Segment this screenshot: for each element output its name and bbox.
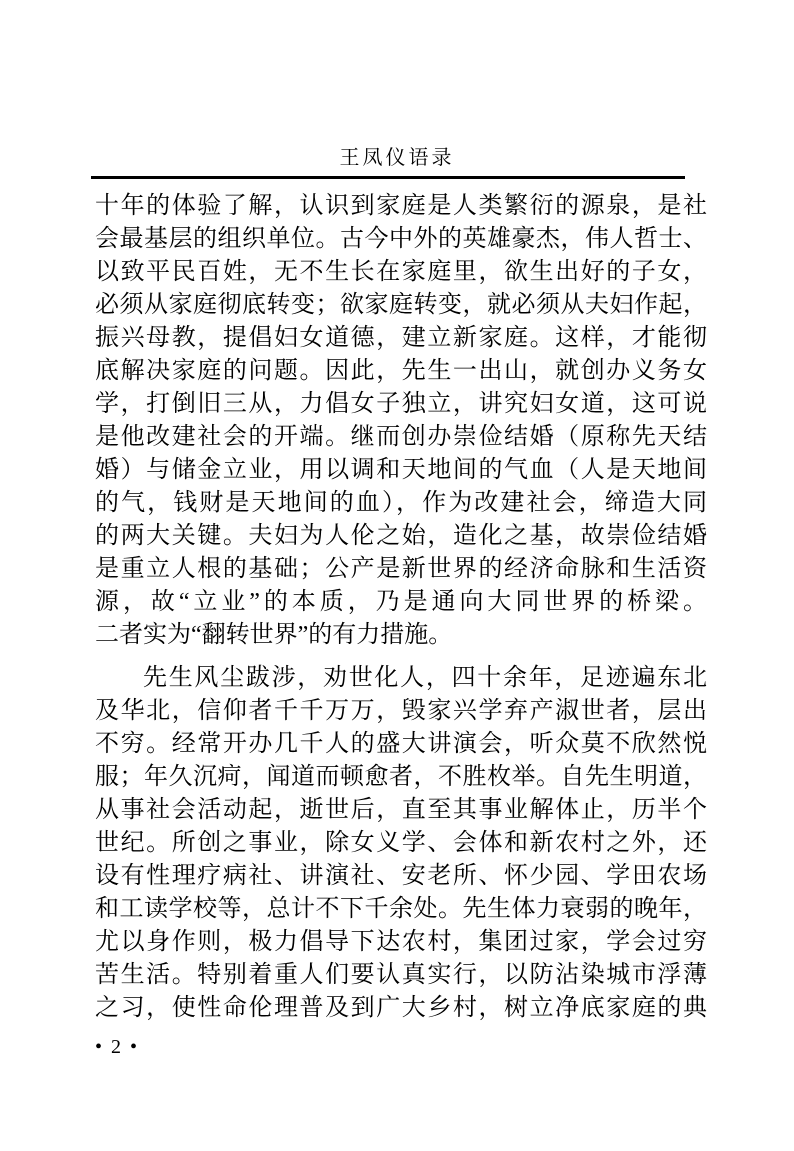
text-line: 不穷。经常开办几千人的盛大讲演会，听众莫不欣然悦 — [95, 728, 707, 761]
header-divider-rule — [91, 176, 685, 179]
text-line: 苦生活。特别着重人们要认真实行，以防沾染城市浮薄 — [95, 959, 707, 992]
text-line: 的气，钱财是天地间的血），作为改建社会，缔造大同 — [95, 487, 707, 520]
text-line: 是重立人根的基础；公产是新世界的经济命脉和生活资 — [95, 553, 707, 586]
text-line: 之习，使性命伦理普及到广大乡村，树立净底家庭的典 — [95, 992, 707, 1025]
text-line: 及华北，信仰者千千万万，毁家兴学弃产淑世者，层出 — [95, 695, 707, 728]
page-number: • 2 • — [95, 1036, 139, 1059]
text-line: 世纪。所创之事业，除女义学、会体和新农村之外，还 — [95, 827, 707, 860]
scanned-book-page: 王凤仪语录 十年的体验了解，认识到家庭是人类繁衍的源泉，是社会最基层的组织单位。… — [0, 0, 794, 1151]
text-line: 会最基层的组织单位。古今中外的英雄豪杰，伟人哲士、 — [95, 223, 707, 256]
text-line: 的两大关键。夫妇为人伦之始，造化之基，故崇俭结婚 — [95, 520, 707, 553]
running-header-title: 王凤仪语录 — [0, 141, 794, 170]
text-line: 从事社会活动起，逝世后，直至其事业解体止，历半个 — [95, 794, 707, 827]
paragraph: 十年的体验了解，认识到家庭是人类繁衍的源泉，是社会最基层的组织单位。古今中外的英… — [95, 190, 707, 652]
text-line: 尤以身作则，极力倡导下达农村，集团过家，学会过穷 — [95, 926, 707, 959]
text-line: 必须从家庭彻底转变；欲家庭转变，就必须从夫妇作起， — [95, 289, 707, 322]
text-line: 以致平民百姓，无不生长在家庭里，欲生出好的子女， — [95, 256, 707, 289]
text-line: 服；年久沉疴，闻道而顿愈者，不胜枚举。自先生明道， — [95, 761, 707, 794]
text-line: 设有性理疗病社、讲演社、安老所、怀少园、学田农场 — [95, 860, 707, 893]
text-line: 十年的体验了解，认识到家庭是人类繁衍的源泉，是社 — [95, 190, 707, 223]
text-line: 学，打倒旧三从，力倡女子独立，讲究妇女道，这可说 — [95, 388, 707, 421]
text-line: 是他改建社会的开端。继而创办崇俭结婚（原称先天结 — [95, 421, 707, 454]
text-line: 和工读学校等，总计不下千余处。先生体力衰弱的晚年， — [95, 893, 707, 926]
text-line: 婚）与储金立业，用以调和天地间的气血（人是天地间 — [95, 454, 707, 487]
paragraph: 先生风尘跋涉，劝世化人，四十余年，足迹遍东北及华北，信仰者千千万万，毁家兴学弃产… — [95, 662, 707, 1025]
text-line: 二者实为“翻转世界”的有力措施。 — [95, 619, 707, 652]
text-line: 源，故“立业”的本质，乃是通向大同世界的桥梁。 — [95, 586, 707, 619]
text-line: 底解决家庭的问题。因此，先生一出山，就创办义务女 — [95, 355, 707, 388]
text-line: 振兴母教，提倡妇女道德，建立新家庭。这样，才能彻 — [95, 322, 707, 355]
text-line: 先生风尘跋涉，劝世化人，四十余年，足迹遍东北 — [95, 662, 707, 695]
text-content: 十年的体验了解，认识到家庭是人类繁衍的源泉，是社会最基层的组织单位。古今中外的英… — [95, 190, 707, 1025]
